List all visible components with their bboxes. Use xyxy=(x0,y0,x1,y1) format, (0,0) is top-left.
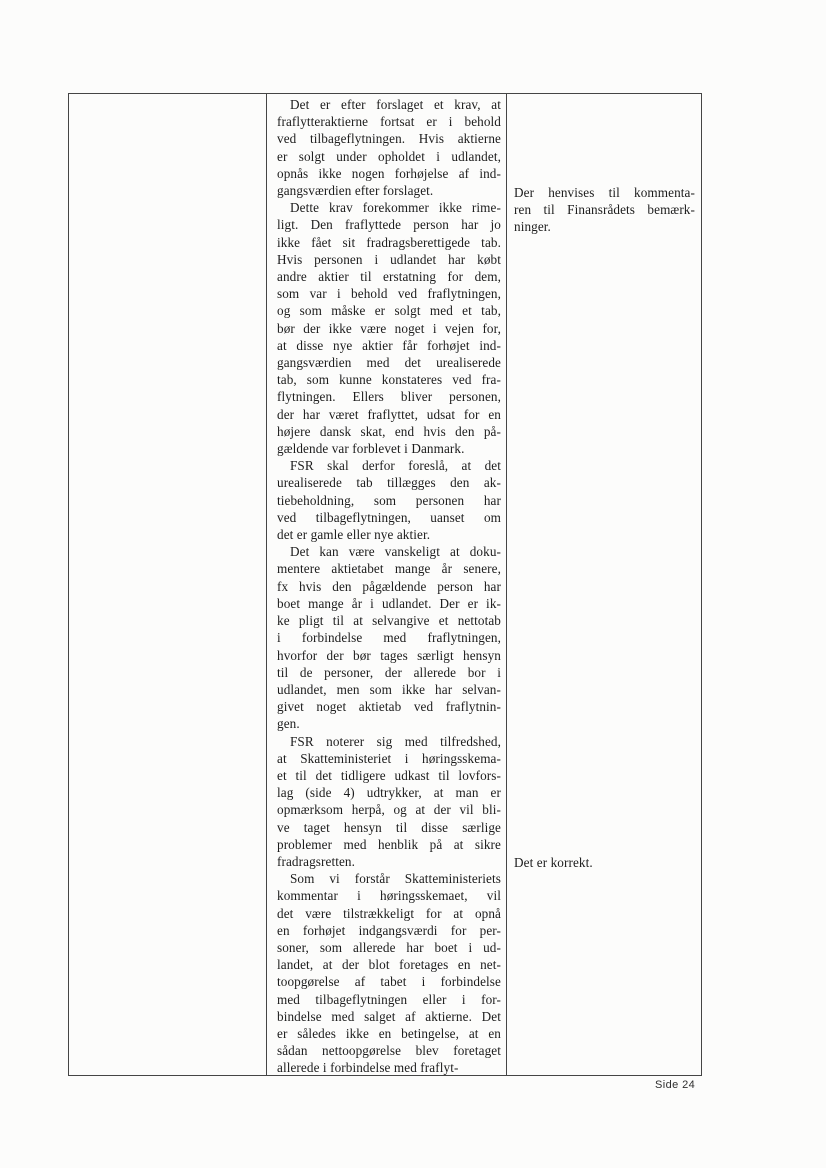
body-paragraph: Som vi forstår Skatteministerietskomment… xyxy=(277,870,501,1076)
scan-page: Det er efter forslaget et krav, atfrafly… xyxy=(0,0,826,1168)
body-paragraph: FSR skal derfor foreslå, at deturealiser… xyxy=(277,457,501,543)
body-paragraph: Dette krav forekommer ikke rime-ligt. De… xyxy=(277,199,501,457)
comments-column: Der henvises til kommenta-ren til Finans… xyxy=(507,94,701,1075)
empty-left-column xyxy=(69,94,267,1075)
body-paragraph: Det kan være vanskeligt at doku-mentere … xyxy=(277,543,501,732)
body-paragraph: Det er efter forslaget et krav, atfrafly… xyxy=(277,96,501,199)
body-paragraph: FSR noterer sig med tilfredshed,at Skatt… xyxy=(277,733,501,871)
comment-note: Der henvises til kommenta-ren til Finans… xyxy=(514,184,695,236)
body-text-column: Det er efter forslaget et krav, atfrafly… xyxy=(267,94,507,1075)
comment-note: Det er korrekt. xyxy=(514,854,695,871)
document-table: Det er efter forslaget et krav, atfrafly… xyxy=(68,93,702,1076)
page-number: Side 24 xyxy=(655,1079,695,1091)
